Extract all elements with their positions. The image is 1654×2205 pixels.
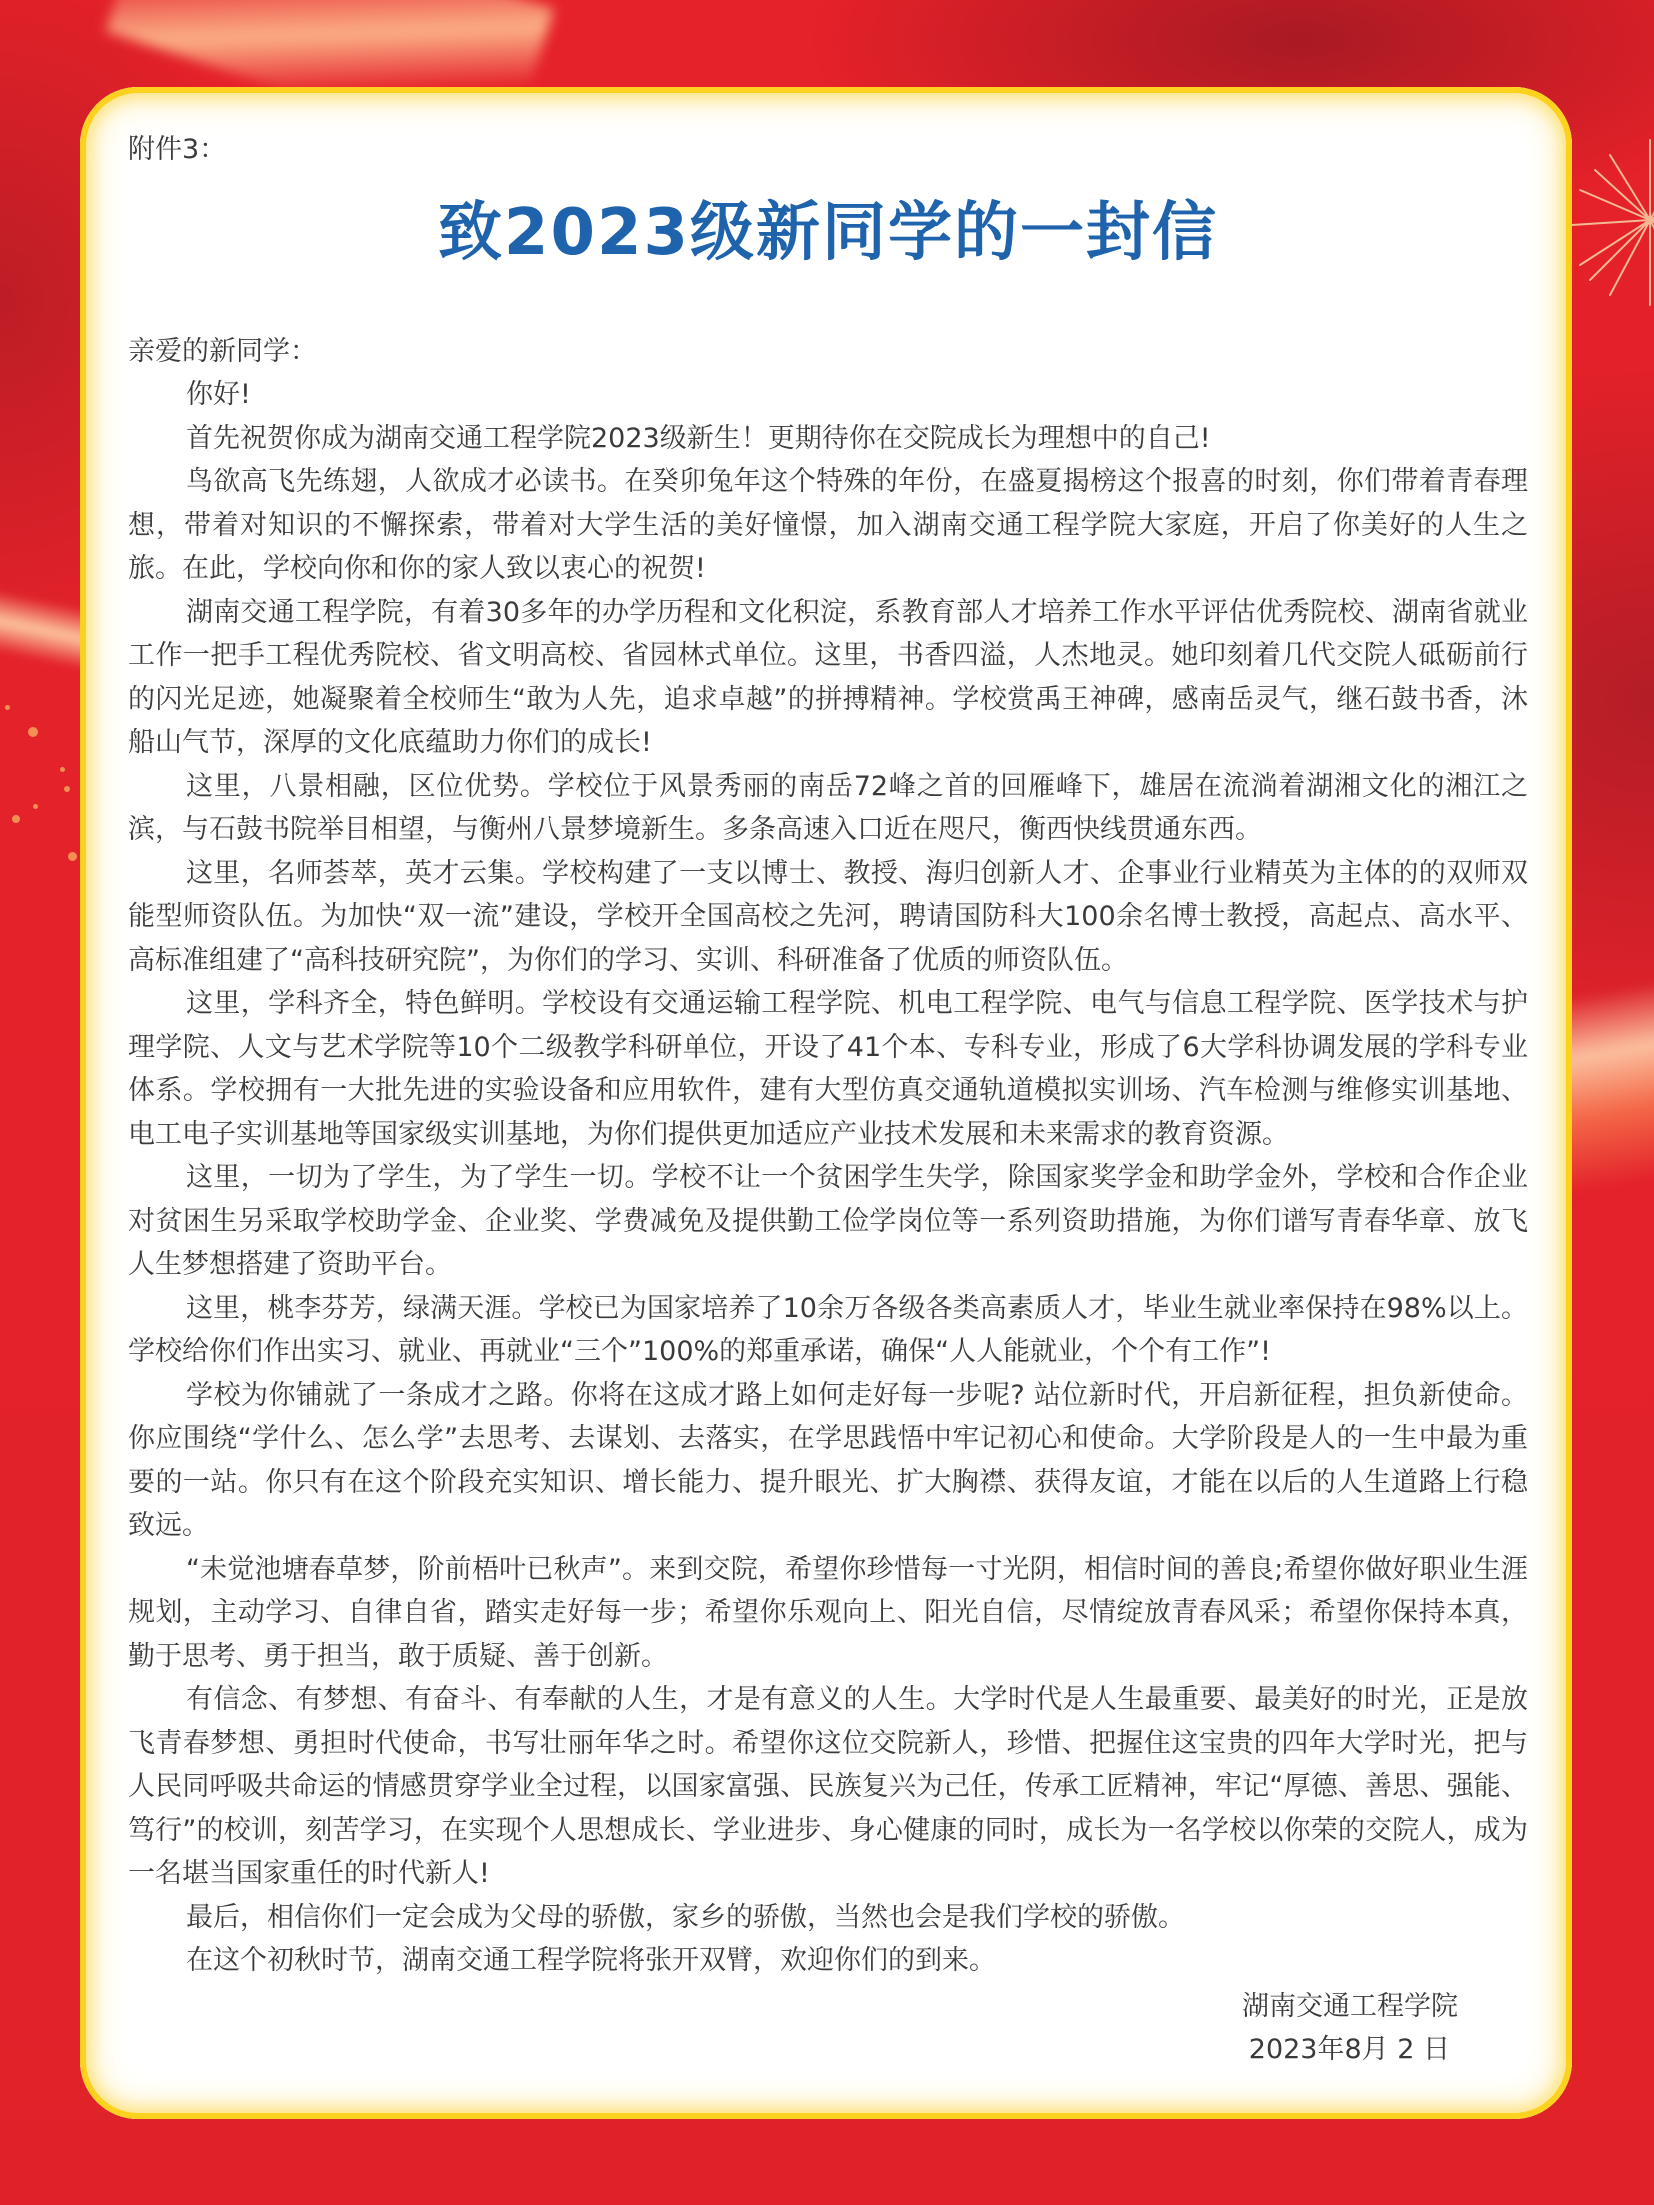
paragraph: 这里，桃李芬芳，绿满天涯。学校已为国家培养了10余万各级各类高素质人才，毕业生就…	[128, 1287, 1528, 1374]
paragraph: 在这个初秋时节，湖南交通工程学院将张开双臂，欢迎你们的到来。	[128, 1939, 1528, 1983]
letter-content: 附件3： 致2023级新同学的一封信 亲爱的新同学： 你好! 首先祝贺你成为湖南…	[128, 128, 1528, 2072]
firework-icon	[1570, 130, 1654, 310]
sparkle-dot	[12, 815, 20, 823]
letter-title: 致2023级新同学的一封信	[128, 188, 1528, 278]
salutation: 亲爱的新同学：	[128, 330, 1528, 374]
paragraph: 你好!	[128, 373, 1528, 417]
paragraph: “未觉池塘春草梦，阶前梧叶已秋声”。来到交院，希望你珍惜每一寸光阴，相信时间的善…	[128, 1548, 1528, 1679]
sparkle-dot	[5, 705, 10, 710]
paragraph: 这里，一切为了学生，为了学生一切。学校不让一个贫困学生失学，除国家奖学金和助学金…	[128, 1156, 1528, 1287]
attachment-label: 附件3：	[128, 128, 1528, 172]
sparkle-dot	[64, 786, 70, 792]
paragraph: 最后，相信你们一定会成为父母的骄傲，家乡的骄傲，当然也会是我们学校的骄傲。	[128, 1896, 1528, 1940]
paragraph: 这里，八景相融，区位优势。学校位于风景秀丽的南岳72峰之首的回雁峰下，雄居在流淌…	[128, 765, 1528, 852]
paragraph: 鸟欲高飞先练翅，人欲成才必读书。在癸卯兔年这个特殊的年份，在盛夏揭榜这个报喜的时…	[128, 460, 1528, 591]
paragraph: 首先祝贺你成为湖南交通工程学院2023级新生！更期待你在交院成长为理想中的自己!	[128, 417, 1528, 461]
sparkle-dot	[60, 767, 65, 772]
sparkle-dot	[68, 852, 77, 861]
paragraph: 湖南交通工程学院，有着30多年的办学历程和文化积淀，系教育部人才培养工作水平评估…	[128, 591, 1528, 765]
paragraph: 有信念、有梦想、有奋斗、有奉献的人生，才是有意义的人生。大学时代是人生最重要、最…	[128, 1678, 1528, 1896]
paragraph: 这里，名师荟萃，英才云集。学校构建了一支以博士、教授、海归创新人才、企事业行业精…	[128, 852, 1528, 983]
letter-card: 附件3： 致2023级新同学的一封信 亲爱的新同学： 你好! 首先祝贺你成为湖南…	[80, 87, 1572, 2119]
signature-organization: 湖南交通工程学院	[128, 1985, 1528, 2029]
paragraph: 这里，学科齐全，特色鲜明。学校设有交通运输工程学院、机电工程学院、电气与信息工程…	[128, 982, 1528, 1156]
sparkle-dot	[33, 804, 38, 809]
signature-block: 湖南交通工程学院 2023年8月 2 日	[128, 1985, 1528, 2072]
paragraph: 学校为你铺就了一条成才之路。你将在这成才路上如何走好每一步呢? 站位新时代，开启…	[128, 1374, 1528, 1548]
sparkle-dot	[28, 727, 38, 737]
signature-date: 2023年8月 2 日	[128, 2028, 1528, 2072]
